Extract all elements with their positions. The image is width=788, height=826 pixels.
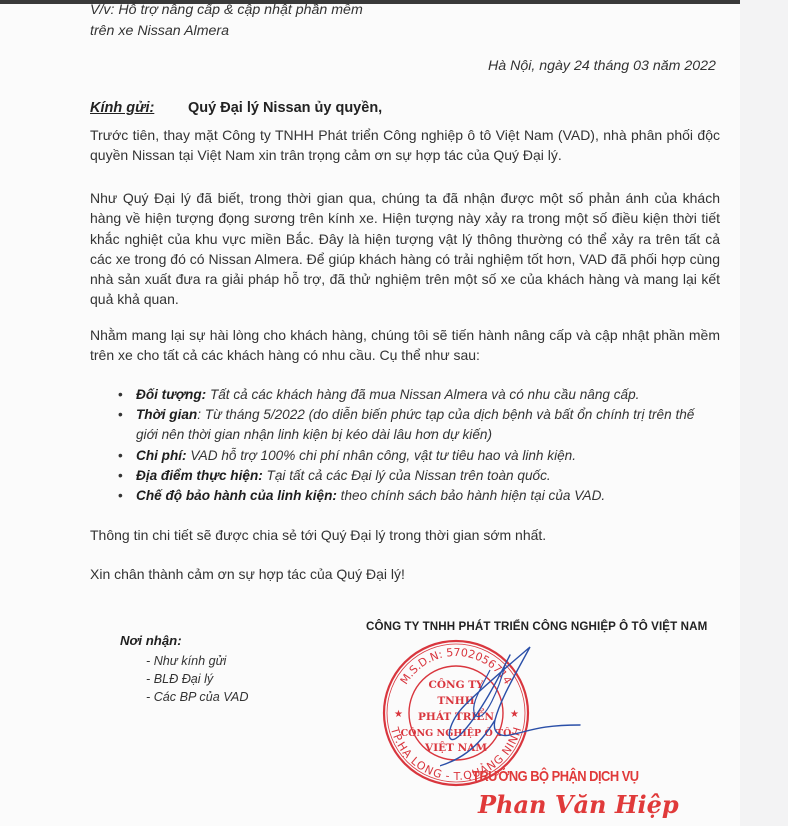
bullet-label: Chế độ bảo hành của linh kiện: [136, 488, 337, 503]
letter-page: V/v: Hỗ trợ nâng cấp & cập nhật phần mềm… [0, 0, 740, 826]
greeting-label: Kính gửi: [90, 100, 154, 116]
subject-line-2: trên xe Nissan Almera [90, 21, 363, 42]
bullet-label: Đối tượng: [136, 387, 206, 402]
greeting-recipient: Quý Đại lý Nissan ủy quyền, [188, 100, 382, 116]
signer-role: TRƯỞNG BỘ PHẬN DỊCH VỤ [472, 768, 639, 785]
list-item: Thời gian: Từ tháng 5/2022 (do diễn biến… [112, 405, 712, 445]
paragraph-info: Thông tin chi tiết sẽ được chia sẻ tới Q… [90, 525, 720, 545]
recipients-title: Nơi nhận: [120, 633, 182, 648]
bullet-text: theo chính sách bảo hành hiện tại của VA… [337, 488, 605, 503]
bullet-text: Tất cả các khách hàng đã mua Nissan Alme… [206, 387, 639, 402]
page-background-edge [740, 0, 788, 826]
bullet-text: : Từ tháng 5/2022 (do diễn biến phức tạp… [136, 407, 694, 442]
paragraph-issue: Như Quý Đại lý đã biết, trong thời gian … [90, 188, 720, 310]
paragraph-upgrade: Nhằm mang lại sự hài lòng cho khách hàng… [90, 325, 720, 366]
recipient-item: - BLĐ Đại lý [146, 670, 248, 688]
list-item: Chế độ bảo hành của linh kiện: theo chín… [112, 486, 712, 506]
paragraph-intro: Trước tiên, thay mặt Công ty TNHH Phát t… [90, 125, 720, 166]
bullet-text: Tại tất cả các Đại lý của Nissan trên to… [263, 468, 551, 483]
bullet-text: VAD hỗ trợ 100% chi phí nhân công, vật t… [187, 448, 576, 463]
subject: V/v: Hỗ trợ nâng cấp & cập nhật phần mềm… [90, 0, 363, 42]
company-name: CÔNG TY TNHH PHÁT TRIỂN CÔNG NGHIỆP Ô TÔ… [366, 620, 707, 633]
bullet-label: Chi phí: [136, 448, 187, 463]
list-item: Địa điểm thực hiện: Tại tất cả các Đại l… [112, 466, 712, 486]
bullet-label: Thời gian [136, 407, 197, 422]
details-list: Đối tượng: Tất cả các khách hàng đã mua … [112, 385, 712, 506]
recipient-item: - Như kính gửi [146, 652, 248, 670]
list-item: Chi phí: VAD hỗ trợ 100% chi phí nhân cô… [112, 446, 712, 466]
place-date: Hà Nội, ngày 24 tháng 03 năm 2022 [488, 58, 716, 74]
signer-name: Phan Văn Hiệp [478, 790, 679, 819]
recipient-item: - Các BP của VAD [146, 688, 248, 706]
paragraph-thanks: Xin chân thành cảm ơn sự hợp tác của Quý… [90, 564, 720, 584]
subject-line-1: V/v: Hỗ trợ nâng cấp & cập nhật phần mềm [90, 0, 363, 21]
svg-text:★: ★ [394, 709, 403, 720]
recipients-list: - Như kính gửi - BLĐ Đại lý - Các BP của… [146, 652, 248, 706]
signature-icon [440, 645, 640, 775]
list-item: Đối tượng: Tất cả các khách hàng đã mua … [112, 385, 712, 405]
bullet-label: Địa điểm thực hiện: [136, 468, 263, 483]
